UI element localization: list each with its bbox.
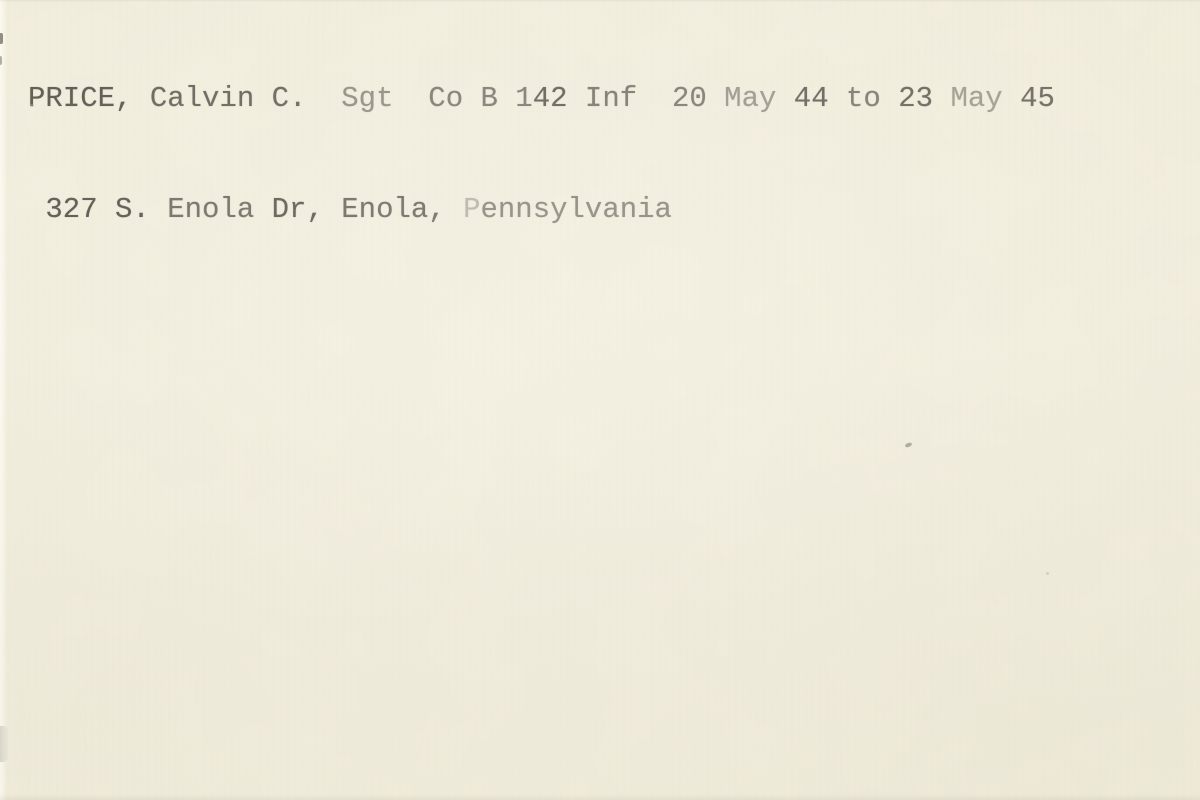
- scanner-artifact-dash: [0, 33, 3, 44]
- typed-text-block: PRICE, Calvin C. Sgt Co B 142 Inf 20 May…: [28, 6, 1055, 302]
- scanner-artifact-dash: [0, 56, 2, 65]
- typed-text-segment: Dr,: [254, 193, 341, 226]
- typed-text-segment: PRICE,: [28, 82, 150, 115]
- typed-line-service: PRICE, Calvin C. Sgt Co B 142 Inf 20 May…: [28, 80, 1055, 117]
- typed-text-segment: Sgt: [306, 82, 393, 115]
- paper-speck: [905, 442, 913, 448]
- typed-text-segment: to: [829, 82, 899, 115]
- typed-text-segment: Calvin C.: [150, 82, 307, 115]
- edge-smudge: [0, 726, 9, 762]
- scan-edge-shadow-top: [0, 0, 1200, 2]
- typed-text-segment: 23: [898, 82, 950, 115]
- typed-text-segment: Co B 1: [393, 82, 532, 115]
- scanned-index-card: PRICE, Calvin C. Sgt Co B 142 Inf 20 May…: [0, 0, 1200, 800]
- typed-text-segment: 42: [533, 82, 568, 115]
- typed-text-segment: Inf: [568, 82, 638, 115]
- typed-text-segment: ennsylvania: [481, 193, 672, 226]
- typed-text-segment: May: [724, 82, 776, 115]
- typed-text-segment: 45: [1003, 82, 1055, 115]
- typed-text-segment: 44: [776, 82, 828, 115]
- paper-speck: [1046, 572, 1049, 575]
- typed-text-segment: 20: [637, 82, 724, 115]
- typed-line-address: 327 S. Enola Dr, Enola, Pennsylvania: [28, 191, 1055, 228]
- typed-text-segment: 327 S.: [28, 193, 167, 226]
- typed-text-segment: Enola: [167, 193, 254, 226]
- scan-edge-shadow-bottom: [0, 794, 1200, 800]
- typed-text-segment: May: [950, 82, 1002, 115]
- typed-text-segment: P: [463, 193, 480, 226]
- typed-text-segment: Enola,: [341, 193, 463, 226]
- scan-edge-highlight: [0, 0, 7, 800]
- paper-speck: [30, 104, 34, 107]
